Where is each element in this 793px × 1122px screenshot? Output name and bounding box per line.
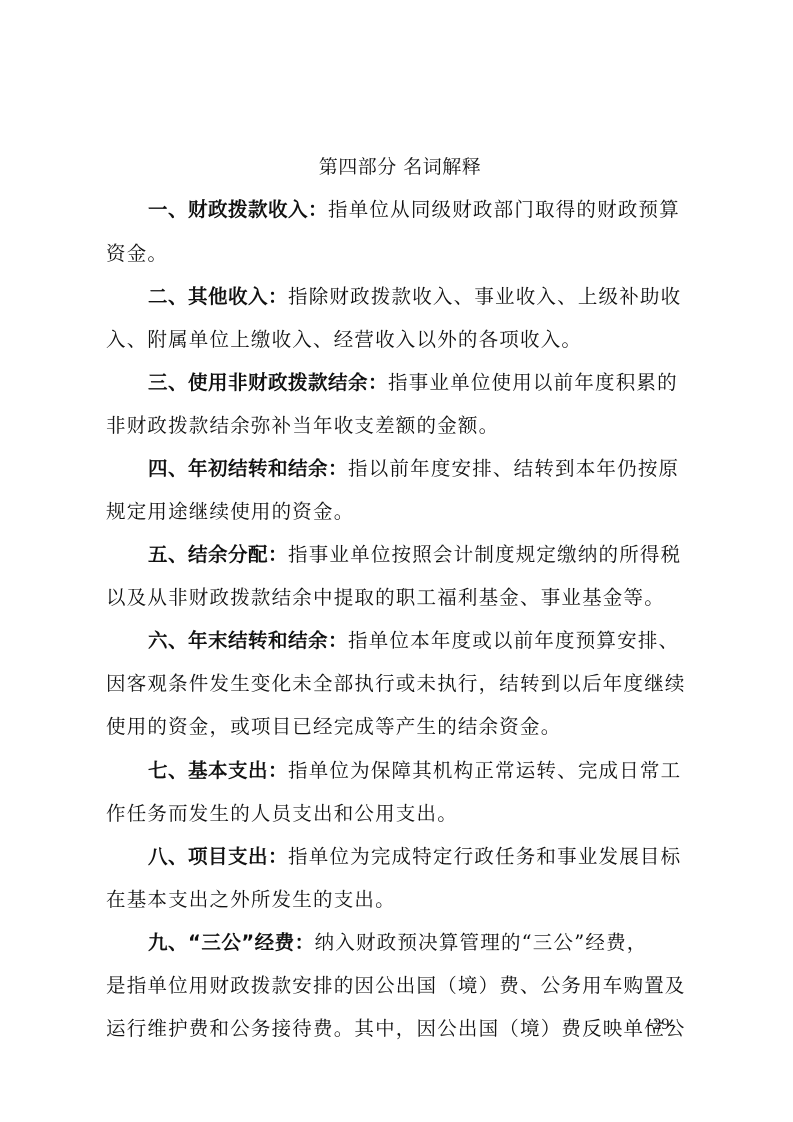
entry-text: 指单位为完成特定行政任务和事业发展目标 <box>288 845 681 868</box>
page-title: 第四部分 名词解释 <box>106 152 694 179</box>
entry-text-line: 资金。 <box>106 240 694 268</box>
entry-text-line: 是指单位用财政拨款安排的因公出国（境）费、公务用车购置及 <box>106 972 694 1000</box>
page-number: -29- <box>648 1016 675 1034</box>
entry-text: 指除财政拨款收入、事业收入、上级补助收 <box>288 285 681 308</box>
entry-term: 八、项目支出： <box>148 845 288 868</box>
entry-text-line: 使用的资金，或项目已经完成等产生的结余资金。 <box>106 713 694 741</box>
entry-text: 指单位从同级财政部门取得的财政预算 <box>328 198 680 221</box>
entry-text-line: 在基本支出之外所发生的支出。 <box>106 886 694 914</box>
entry-text: 纳入财政预决算管理的“三公”经费， <box>315 931 648 954</box>
entry-2: 二、其他收入：指除财政拨款收入、事业收入、上级补助收 <box>106 283 736 311</box>
entry-term: 二、其他收入： <box>148 285 288 308</box>
entry-3: 三、使用非财政拨款结余：指事业单位使用以前年度积累的 <box>106 369 736 397</box>
entry-6: 六、年末结转和结余：指单位本年度或以前年度预算安排、 <box>106 627 736 655</box>
entry-term: 三、使用非财政拨款结余： <box>148 371 388 394</box>
entry-1: 一、财政拨款收入：指单位从同级财政部门取得的财政预算 <box>106 196 736 224</box>
entry-text: 指事业单位使用以前年度积累的 <box>388 371 678 394</box>
entry-5: 五、结余分配：指事业单位按照会计制度规定缴纳的所得税 <box>106 541 736 569</box>
entry-text: 指单位为保障其机构正常运转、完成日常工 <box>288 759 681 782</box>
entry-text-line: 非财政拨款结余弥补当年收支差额的金额。 <box>106 412 694 440</box>
entry-text: 指事业单位按照会计制度规定缴纳的所得税 <box>288 543 681 566</box>
entry-term: 一、财政拨款收入： <box>148 198 328 221</box>
entry-text-line: 因客观条件发生变化未全部执行或未执行，结转到以后年度继续 <box>106 670 694 698</box>
entry-7: 七、基本支出：指单位为保障其机构正常运转、完成日常工 <box>106 757 736 785</box>
entry-text-line: 规定用途继续使用的资金。 <box>106 498 694 526</box>
entry-text: 指以前年度安排、结转到本年仍按原 <box>348 457 679 480</box>
entry-term: 七、基本支出： <box>148 759 288 782</box>
entry-text-line: 运行维护费和公务接待费。其中，因公出国（境）费反映单位公 <box>106 1015 694 1043</box>
entry-9: 九、“三公”经费：纳入财政预决算管理的“三公”经费， <box>106 929 736 957</box>
entry-term: 九、“三公”经费： <box>148 931 315 954</box>
entry-term: 六、年末结转和结余： <box>148 629 348 652</box>
entry-text-line: 作任务而发生的人员支出和公用支出。 <box>106 800 694 828</box>
entry-text-line: 以及从非财政拨款结余中提取的职工福利基金、事业基金等。 <box>106 584 694 612</box>
entry-text: 指单位本年度或以前年度预算安排、 <box>348 629 679 652</box>
entry-8: 八、项目支出：指单位为完成特定行政任务和事业发展目标 <box>106 843 736 871</box>
entry-4: 四、年初结转和结余：指以前年度安排、结转到本年仍按原 <box>106 455 736 483</box>
entry-text-line: 入、附属单位上缴收入、经营收入以外的各项收入。 <box>106 326 694 354</box>
entry-term: 四、年初结转和结余： <box>148 457 348 480</box>
entry-term: 五、结余分配： <box>148 543 288 566</box>
